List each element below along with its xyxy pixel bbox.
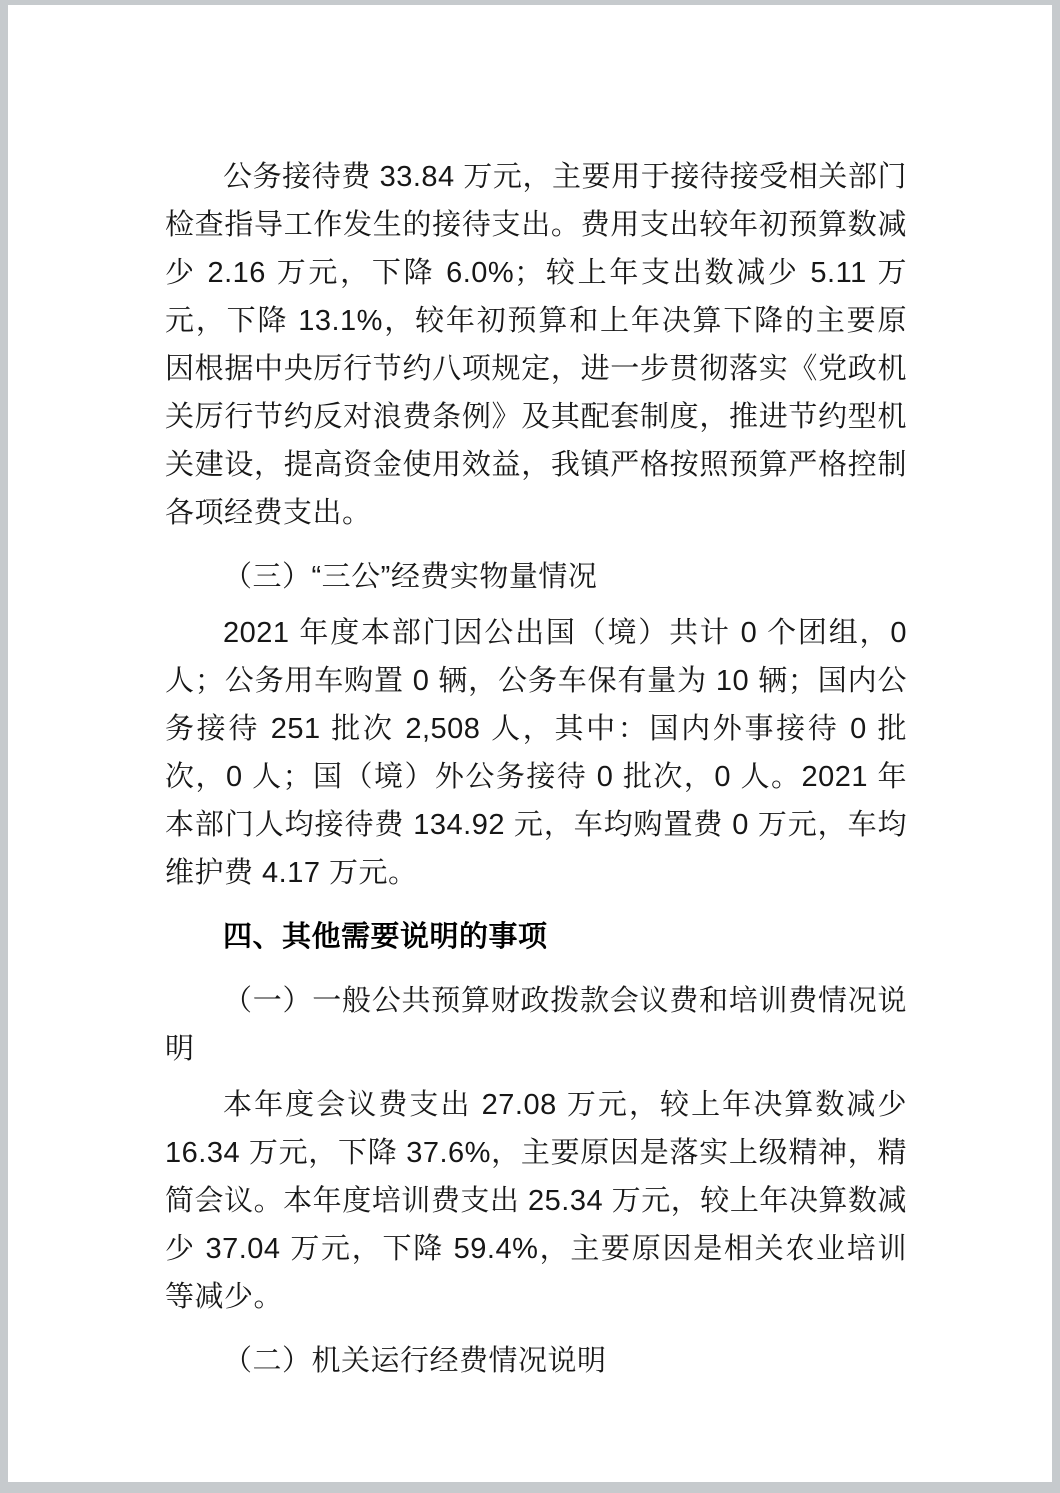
document-page: 公务接待费 33.84 万元，主要用于接待接受相关部门检查指导工作发生的接待支出…: [8, 5, 1052, 1482]
body-paragraph: 本年度会议费支出 27.08 万元，较上年决算数减少 16.34 万元，下降 3…: [165, 1081, 907, 1321]
body-paragraph: 公务接待费 33.84 万元，主要用于接待接受相关部门检查指导工作发生的接待支出…: [165, 153, 907, 537]
document-viewer: { "page": { "background_color": "#c6cacd…: [0, 0, 1060, 1493]
document-content: 公务接待费 33.84 万元，主要用于接待接受相关部门检查指导工作发生的接待支出…: [165, 153, 907, 1385]
section-heading: 四、其他需要说明的事项: [165, 913, 907, 961]
section-subheading: （三）“三公”经费实物量情况: [165, 553, 907, 601]
section-subheading: （二）机关运行经费情况说明: [165, 1337, 907, 1385]
body-paragraph: 2021 年度本部门因公出国（境）共计 0 个团组，0 人；公务用车购置 0 辆…: [165, 609, 907, 897]
section-subheading: （一）一般公共预算财政拨款会议费和培训费情况说明: [165, 977, 907, 1073]
